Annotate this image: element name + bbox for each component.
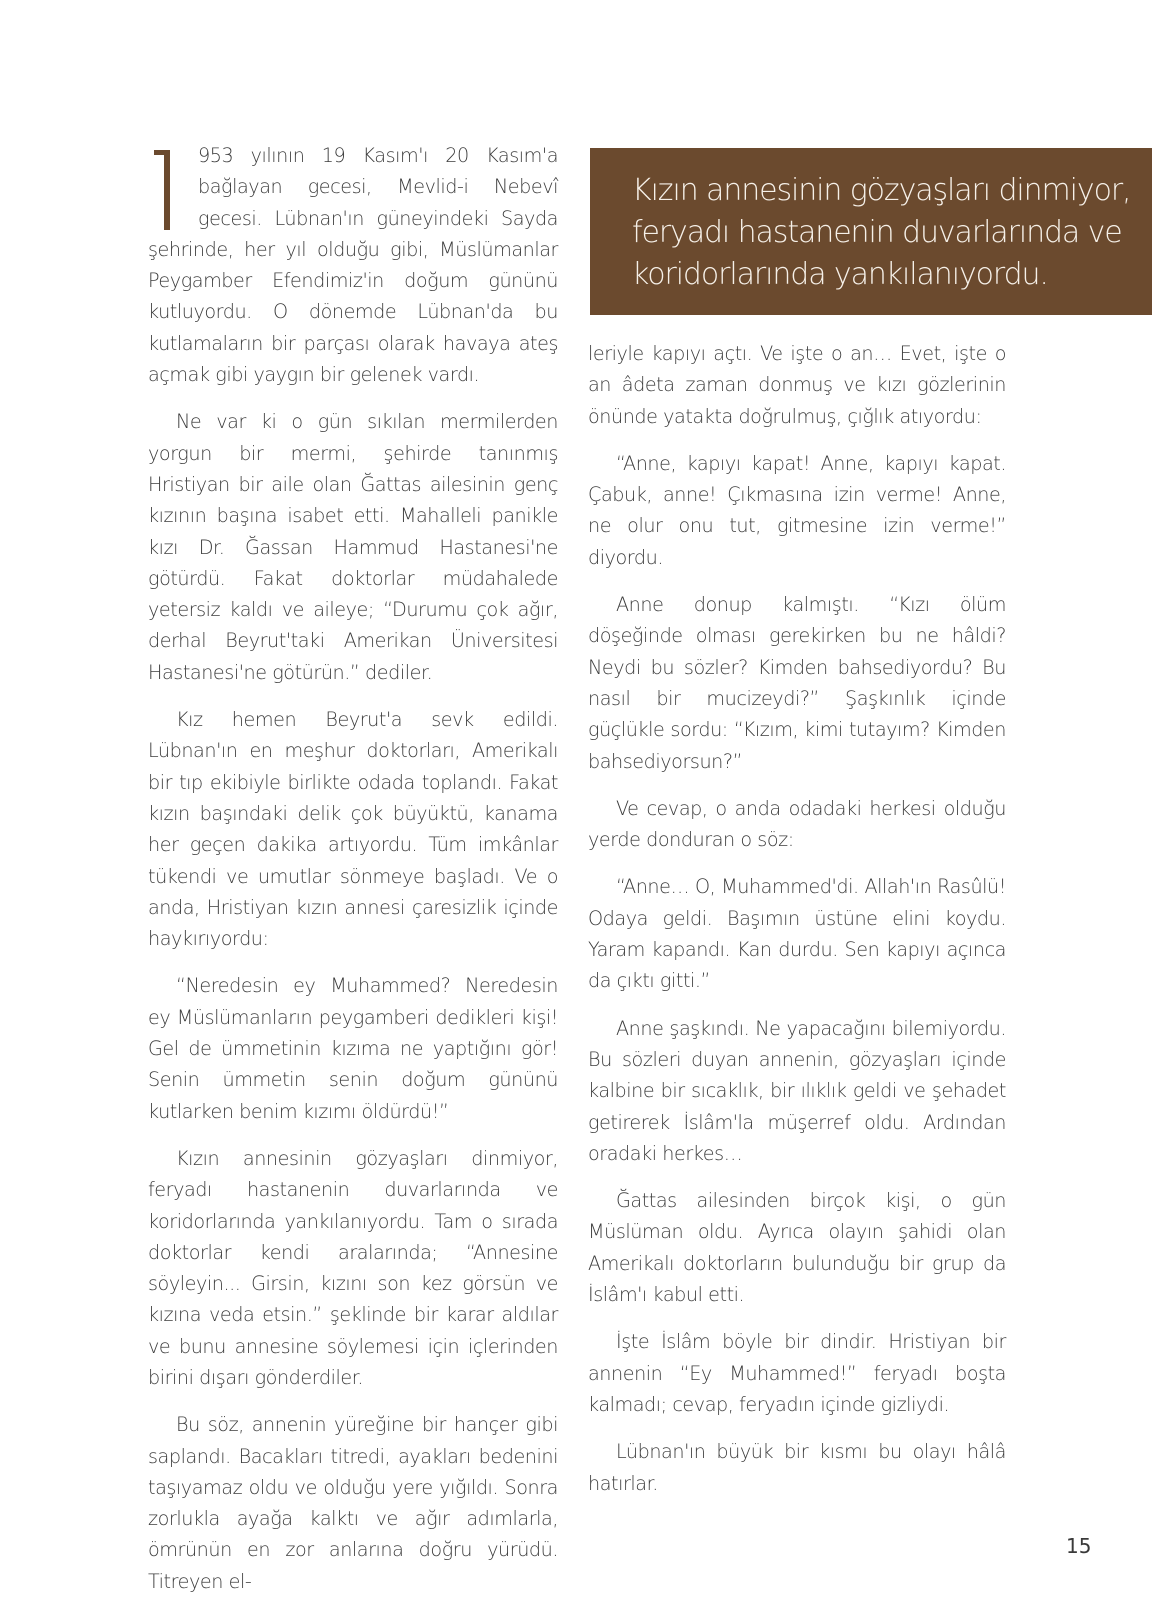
paragraph: Anne donup kalmıştı. “Kızı ölüm döşeğind… <box>588 589 1006 777</box>
paragraph: Kızın annesinin gözyaşları dinmiyor, fer… <box>148 1143 558 1393</box>
paragraph: Anne şaşkındı. Ne yapacağını bilemiyordu… <box>588 1013 1006 1169</box>
page-number: 15 <box>1066 1534 1091 1558</box>
paragraph: Ğattas ailesinden birçok kişi, o gün Müs… <box>588 1185 1006 1310</box>
paragraph: Bu söz, annenin yüreğine bir hançer gibi… <box>148 1409 558 1597</box>
paragraph: İşte İslâm böyle bir dindir. Hristiyan b… <box>588 1326 1006 1420</box>
paragraph: Kız hemen Beyrut'a sevk edildi. Lübnan'ı… <box>148 704 558 954</box>
drop-cap-one <box>148 146 192 228</box>
paragraph-intro: 953 yılının 19 Kasım'ı 20 Kasım'a bağlay… <box>148 140 558 390</box>
paragraph-quote: “Anne… O, Muhammed'di. Allah'ın Rasûlü! … <box>588 871 1006 996</box>
pull-quote-line: Kızın annesinin gözyaşları dinmiyor, <box>632 170 1132 212</box>
drop-cap-stem <box>164 150 170 230</box>
right-column: leriyle kapıyı açtı. Ve işte o an… Evet,… <box>588 338 1006 1515</box>
paragraph: Ve cevap, o anda odadaki herkesi olduğu … <box>588 793 1006 856</box>
pull-quote-line: koridorlarında yankılanıyordu. <box>632 254 1132 296</box>
pull-quote-line: feryadı hastanenin duvarlarında ve <box>632 212 1132 254</box>
pull-quote-box: Kızın annesinin gözyaşları dinmiyor, fer… <box>590 148 1152 315</box>
paragraph: Lübnan'ın büyük bir kısmı bu olayı hâlâ … <box>588 1436 1006 1499</box>
left-column: 953 yılının 19 Kasım'ı 20 Kasım'a bağlay… <box>148 140 558 1613</box>
paragraph-continued: leriyle kapıyı açtı. Ve işte o an… Evet,… <box>588 338 1006 432</box>
paragraph-quote: “Neredesin ey Muhammed? Neredesin ey Müs… <box>148 970 558 1126</box>
paragraph-quote: “Anne, kapıyı kapat! Anne, kapıyı kapat.… <box>588 448 1006 573</box>
paragraph: Ne var ki o gün sıkılan mermilerden yorg… <box>148 406 558 688</box>
